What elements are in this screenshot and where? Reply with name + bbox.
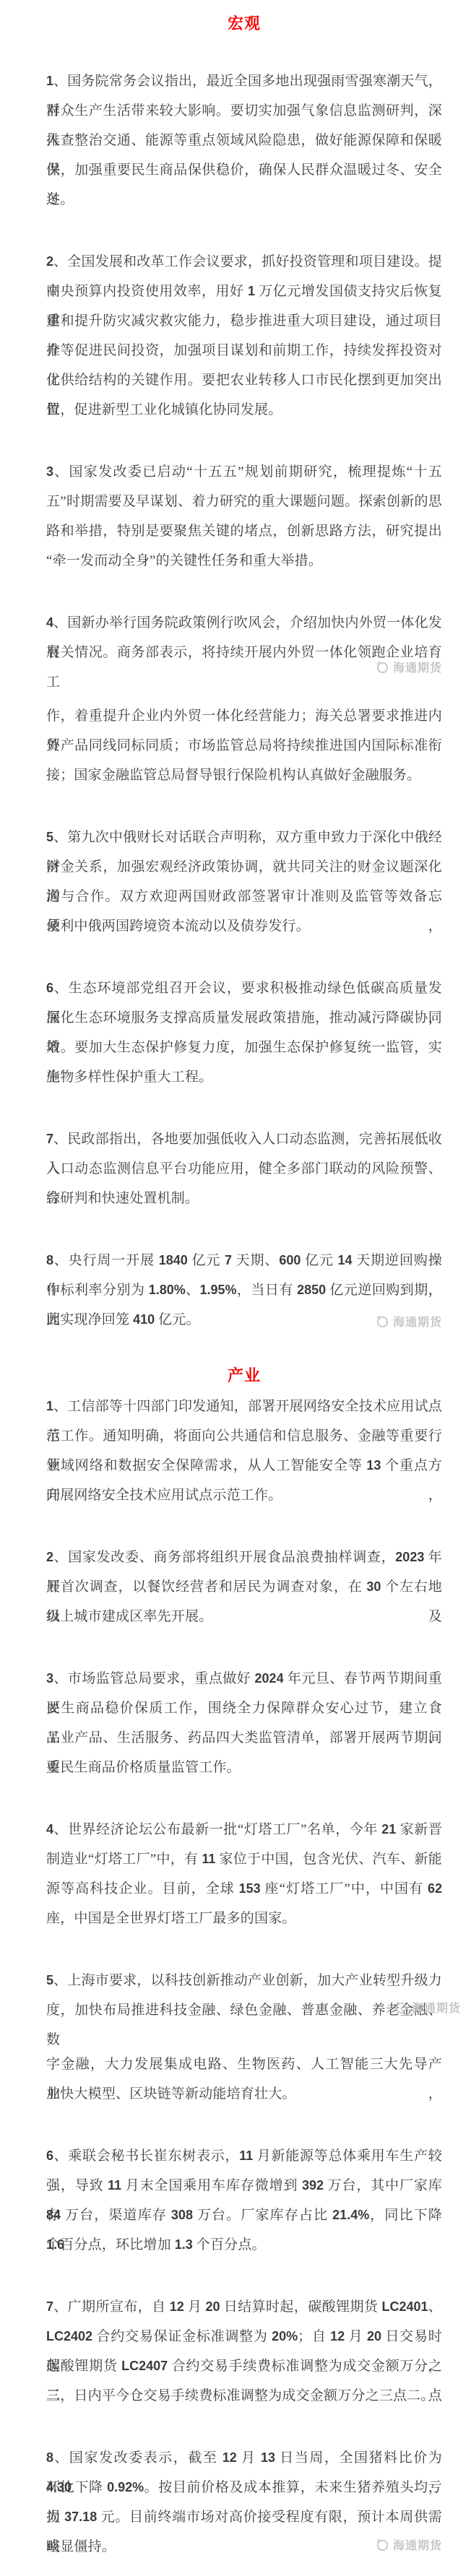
text-line: 1、国务院常务会议指出，最近全国多地出现强雨雪强寒潮天气，对 xyxy=(46,66,442,96)
text-line: 中央预算内投资使用效率，用好 1 万亿元增发国债支持灾后恢复重 xyxy=(46,277,442,306)
text-line: 碳酸锂期货 LC2407 合约交易手续费标准调整为成交金额万分之三点 xyxy=(46,2351,442,2381)
text-line: 民生商品稳价保质工作，围绕全力保障群众安心过节，建立食品、 xyxy=(46,1694,442,1723)
text-line: 3、国家发改委已启动“十五五”规划前期研究，梳理提炼“十五 xyxy=(46,457,442,487)
watermark-label: 海通期货 xyxy=(393,2536,442,2553)
text-line: 84 万台，渠道库存 308 万台。厂家库存占比 21.4%，同比下降 1.6 xyxy=(46,2200,442,2230)
watermark: 海通期货 xyxy=(376,2536,442,2553)
text-line: 领域网络和数据安全保障需求，从人工智能安全等 13 个重点方向， xyxy=(46,1451,442,1480)
paragraph: 2、国家发改委、商务部将组织开展食品浪费抽样调查，2023 年开展首次调查，以餐… xyxy=(46,1543,442,1631)
text-line: 为 37.18 元。目前终端市场对高价接受程度有限，预计本周供需或 xyxy=(46,2502,442,2532)
text-line: 度，加快布局推进科技金融、绿色金融、普惠金融、养老金融、数 xyxy=(46,1995,442,2025)
paragraph: 4、世界经济论坛公布最新一批“灯塔工厂”名单，今年 21 家新晋制造业“灯塔工厂… xyxy=(46,1815,442,1933)
watermark: 海通期货 xyxy=(376,659,442,675)
text-line: 中标利率分别为 1.80%、1.95%，当日有 2850 亿元逆回购到期，因 xyxy=(46,1275,442,1305)
text-line: 加快大模型、区块链等新动能培育壮大。 xyxy=(46,2079,442,2109)
text-line: 便利中俄两国跨境资本流动以及债券发行。 xyxy=(46,911,442,941)
text-line: 6、乘联会秘书长崔东树表示，11 月新能源等总体乘用车生产较 xyxy=(46,2141,442,2171)
text-line: 要民生商品价格质量监管工作。 xyxy=(46,1753,442,1782)
haitong-logo-icon xyxy=(394,2000,408,2014)
text-line: LC2402 合约交易保证金标准调整为 20%；自 12 月 20 日交易时起， xyxy=(46,2322,442,2351)
text-line: 1、工信部等十四部门印发通知，部署开展网络安全技术应用试点示 xyxy=(46,1392,442,1421)
paragraph: 6、生态环境部党组召开会议，要求积极推动绿色低碳高质量发展，深化生态环境服务支撑… xyxy=(46,973,442,1092)
paragraph: 4、国新办举行国务院政策例行吹风会，介绍加快内外贸一体化发展有关情况。商务部表示… xyxy=(46,608,442,790)
text-line: 7、民政部指出，各地要加强低收入人口动态监测，完善拓展低收入 xyxy=(46,1124,442,1154)
text-line: 置，促进新型工业化城镇化协同发展。 xyxy=(46,395,442,425)
text-line: 供，加强重要民生商品保供稳价，确保人民群众温暖过冬、安全过 xyxy=(46,155,442,185)
news-document: 宏观1、国务院常务会议指出，最近全国多地出现强雨雪强寒潮天气，对群众生产生活带来… xyxy=(0,0,471,2562)
text-line: 人口动态监测信息平台功能应用，健全多部门联动的风险预警、综 xyxy=(46,1154,442,1184)
watermark: 海通期货 xyxy=(376,1313,442,1330)
text-line: 源等高科技企业。目前，全球 153 座“灯塔工厂”中，中国有 62 xyxy=(46,1874,442,1904)
paragraph: 5、上海市要求，以科技创新推动产业创新，加大产业转型升级力度，加快布局推进科技金… xyxy=(46,1966,442,2109)
text-line: 座，中国是全世界灯塔工厂最多的国家。 xyxy=(46,1904,442,1933)
text-line: 以上城市建成区率先开展。 xyxy=(46,1602,442,1631)
paragraph: 1、国务院常务会议指出，最近全国多地出现强雨雪强寒潮天气，对群众生产生活带来较大… xyxy=(46,66,442,214)
text-line: 二，日内平今仓交易手续费标准调整为成交金额万分之三点二。 xyxy=(46,2381,442,2411)
paragraph: 5、第九次中俄财长对话联合声明称，双方重申致力于深化中俄经济财金关系，加强宏观经… xyxy=(46,823,442,941)
paragraph: 6、乘联会秘书长崔东树表示，11 月新能源等总体乘用车生产较强，导致 11 月末… xyxy=(46,2141,442,2260)
page-break-gap xyxy=(46,2025,442,2050)
text-line: 8、央行周一开展 1840 亿元 7 天期、600 亿元 14 天期逆回购操作， xyxy=(46,1246,442,1275)
text-line: 展首次调查，以餐饮经营者和居民为调查对象，在 30 个左右地级及 xyxy=(46,1572,442,1602)
paragraph: 3、国家发改委已启动“十五五”规划前期研究，梳理提炼“十五五”时期需要及早谋划、… xyxy=(46,457,442,576)
section-title: 宏观 xyxy=(46,9,442,38)
text-line: 生物多样性保护重大工程。 xyxy=(46,1062,442,1092)
text-line: 4、世界经济论坛公布最新一批“灯塔工厂”名单，今年 21 家新晋 xyxy=(46,1815,442,1844)
section-industry: 产业1、工信部等十四部门印发通知，部署开展网络安全技术应用试点示范工作。通知明确… xyxy=(46,1335,442,2562)
text-line: 通与合作。双方欢迎两国财政部签署审计准则及监管等效备忘录， xyxy=(46,882,442,911)
watermark: 海通期货 xyxy=(394,1999,461,2016)
text-line: 4、国新办举行国务院政策例行吹风会，介绍加快内外贸一体化发展 xyxy=(46,608,442,638)
text-line: 五”时期需要及早谋划、着力研究的重大课题问题。探索创新的思 xyxy=(46,487,442,516)
text-line: 效。要加大生态保护修复力度，加强生态保护修复统一监管，实施 xyxy=(46,1033,442,1062)
text-line: 2、国家发改委、商务部将组织开展食品浪费抽样调查，2023 年开 xyxy=(46,1543,442,1572)
text-line: 8、国家发改委表示，截至 12 月 13 日当周，全国猪料比价为 4.30， xyxy=(46,2443,442,2473)
text-line: 作，着重提升企业内外贸一体化经营能力；海关总署要求推进内外 xyxy=(46,701,442,731)
text-line: 制造业“灯塔工厂”中，有 11 家位于中国，包含光伏、汽车、新能 xyxy=(46,1844,442,1874)
text-line: 工业产品、生活服务、药品四大类监管清单，部署开展两节期间重 xyxy=(46,1723,442,1753)
text-line: 化供给结构的关键作用。要把农业转移人口市民化摆到更加突出位 xyxy=(46,365,442,395)
section-title: 产业 xyxy=(46,1361,442,1390)
text-line: “牵一发而动全身”的关键性任务和重大举措。 xyxy=(46,546,442,576)
text-line: 接；国家金融监管总局督导银行保险机构认真做好金融服务。 xyxy=(46,760,442,790)
text-line: 3、市场监管总局要求，重点做好 2024 年元旦、春节两节期间重要 xyxy=(46,1664,442,1694)
text-line: 字金融，大力发展集成电路、生物医药、人工智能三大先导产业， xyxy=(46,2050,442,2079)
text-line: 冬。 xyxy=(46,185,442,214)
text-line: 介等促进民间投资，加强项目谋划和前期工作，持续发挥投资对优 xyxy=(46,336,442,365)
text-line: 路和举措，特别是要聚焦关键的堵点，创新思路方法，研究提出 xyxy=(46,516,442,546)
text-line: 贸产品同线同标同质；市场监管总局将持续推进国内国际标准衔 xyxy=(46,731,442,760)
text-line: 环比下降 0.92%。按目前价格及成本推算，未来生猪养殖头均亏损 xyxy=(46,2473,442,2502)
text-line: 深化生态环境服务支撑高质量发展政策措施，推动减污降碳协同增 xyxy=(46,1003,442,1033)
paragraph: 7、民政部指出，各地要加强低收入人口动态监测，完善拓展低收入人口动态监测信息平台… xyxy=(46,1124,442,1213)
haitong-logo-icon xyxy=(376,1314,389,1328)
text-line: 强，导致 11 月末全国乘用车库存微增到 392 万台，其中厂家库存 xyxy=(46,2171,442,2200)
paragraph: 1、工信部等十四部门印发通知，部署开展网络安全技术应用试点示范工作。通知明确，将… xyxy=(46,1392,442,1510)
haitong-logo-icon xyxy=(376,2538,389,2551)
text-line: 范工作。通知明确，将面向公共通信和信息服务、金融等重要行业 xyxy=(46,1421,442,1451)
text-line: 个百分点，环比增加 1.3 个百分点。 xyxy=(46,2230,442,2260)
text-line: 7、广期所宣布，自 12 月 20 日结算时起，碳酸锂期货 LC2401、 xyxy=(46,2292,442,2322)
text-line: 建和提升防灾减灾救灾能力，稳步推进重大项目建设，通过项目推 xyxy=(46,306,442,336)
watermark-label: 海通期货 xyxy=(412,1999,461,2016)
paragraph: 3、市场监管总局要求，重点做好 2024 年元旦、春节两节期间重要民生商品稳价保… xyxy=(46,1664,442,1782)
paragraph: 7、广期所宣布，自 12 月 20 日结算时起，碳酸锂期货 LC2401、LC2… xyxy=(46,2292,442,2411)
text-line: 群众生产生活带来较大影响。要切实加强气象信息监测研判，深入 xyxy=(46,96,442,126)
text-line: 5、第九次中俄财长对话联合声明称，双方重申致力于深化中俄经济 xyxy=(46,823,442,852)
text-line: 2、全国发展和改革工作会议要求，抓好投资管理和项目建设。提高 xyxy=(46,247,442,277)
haitong-logo-icon xyxy=(376,660,389,674)
watermark-label: 海通期货 xyxy=(393,659,442,675)
text-line: 开展网络安全技术应用试点示范工作。 xyxy=(46,1480,442,1510)
text-line: 5、上海市要求，以科技创新推动产业创新，加大产业转型升级力 xyxy=(46,1966,442,1995)
text-line: 合研判和快速处置机制。 xyxy=(46,1184,442,1213)
text-line: 财金关系，加强宏观经济政策协调，就共同关注的财金议题深化沟 xyxy=(46,852,442,882)
text-line: 排查整治交通、能源等重点领域风险隐患，做好能源保障和保暖保 xyxy=(46,126,442,155)
text-line: 6、生态环境部党组召开会议，要求积极推动绿色低碳高质量发展， xyxy=(46,973,442,1003)
watermark-label: 海通期货 xyxy=(393,1313,442,1330)
paragraph: 2、全国发展和改革工作会议要求，抓好投资管理和项目建设。提高中央预算内投资使用效… xyxy=(46,247,442,425)
